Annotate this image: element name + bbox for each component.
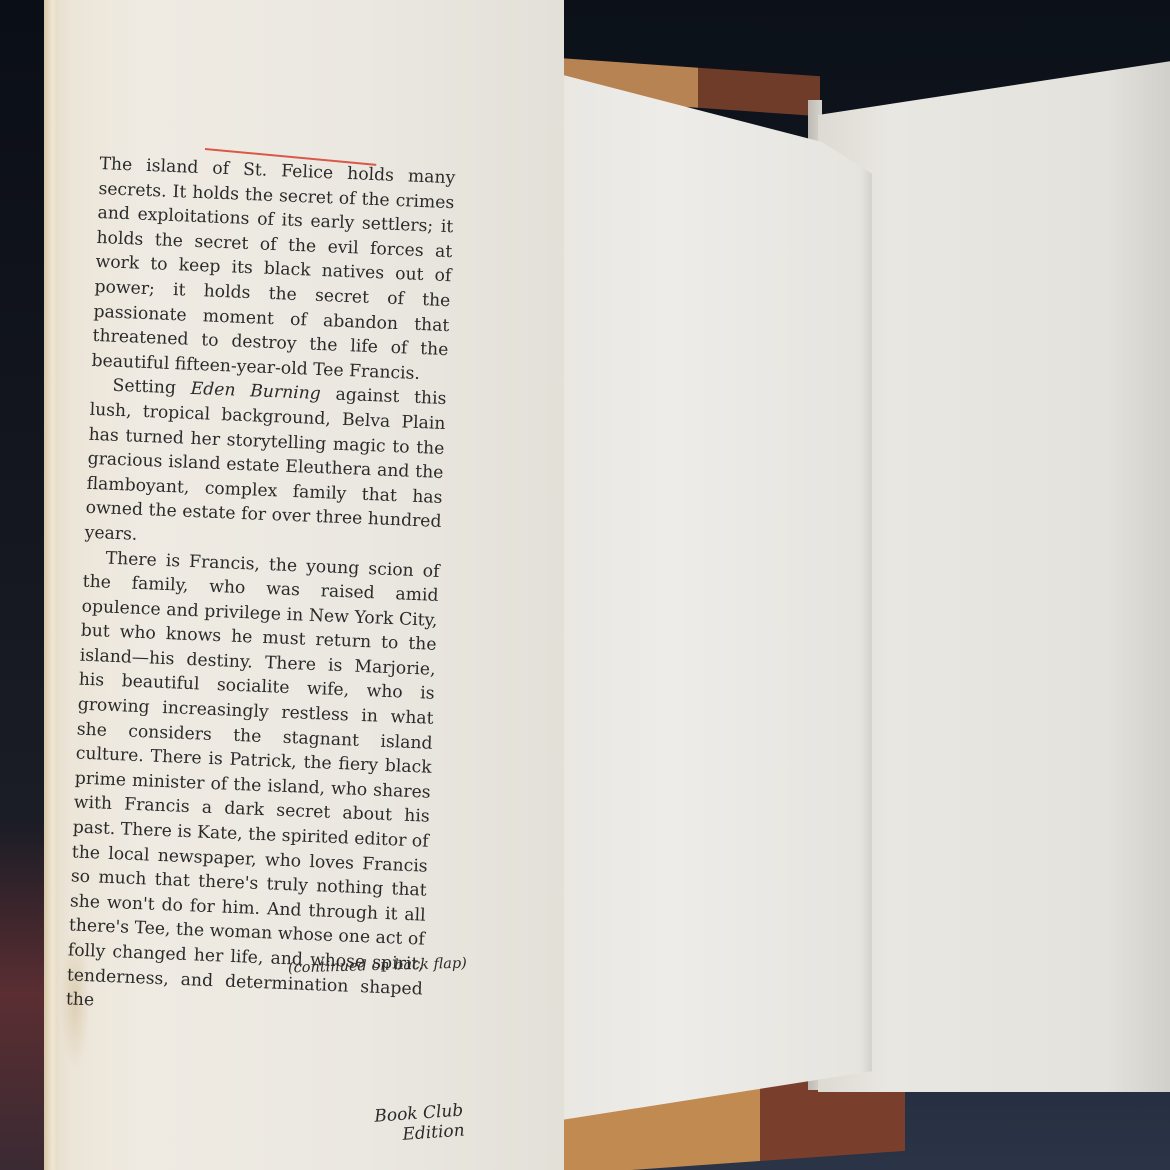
blurb-paragraph-3: There is Francis, the young scion of the… [65, 545, 439, 1026]
flap-blurb: The island of St. Felice holds many secr… [65, 152, 455, 1026]
blank-endpaper-page [536, 68, 872, 1124]
blurb-p2-body: against this lush, tropical background, … [84, 385, 446, 545]
blurb-p2-prefix: Setting [112, 376, 191, 399]
dark-background-left [0, 0, 48, 1170]
book-photo: The island of St. Felice holds many secr… [0, 0, 1170, 1170]
blurb-paragraph-1: The island of St. Felice holds many secr… [91, 152, 456, 387]
book-club-edition-label: Book Club Edition [363, 1101, 466, 1148]
book-title-italic: Eden Burning [190, 379, 321, 404]
blurb-paragraph-2: Setting Eden Burning against this lush, … [84, 373, 447, 559]
flap-fold-edge [44, 0, 58, 1170]
